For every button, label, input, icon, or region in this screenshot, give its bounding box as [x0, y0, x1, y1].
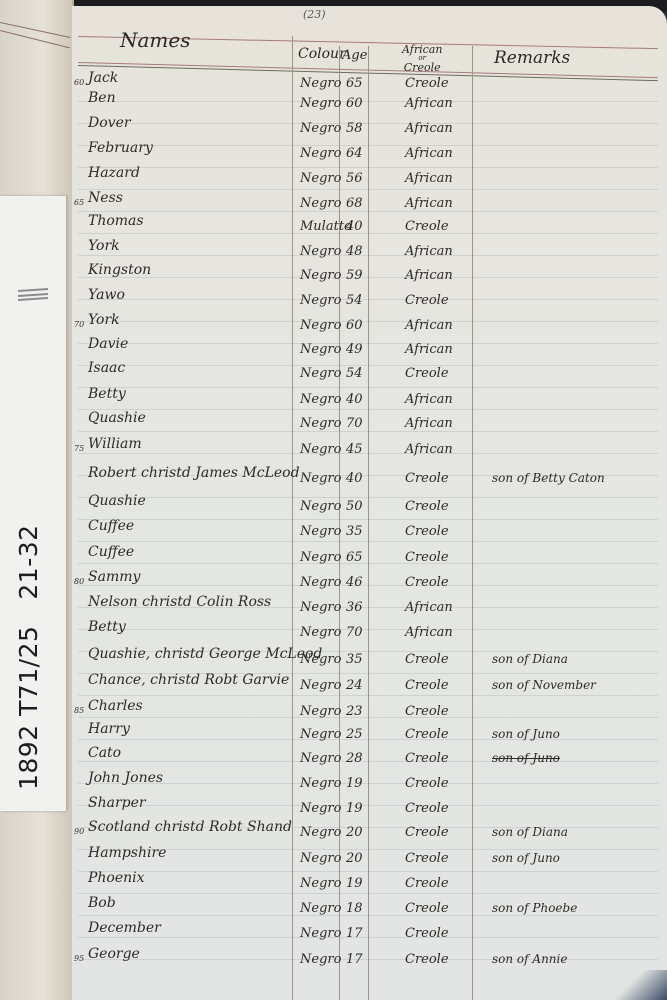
origin-cell: Creole	[405, 652, 449, 667]
age-cell: 23	[346, 704, 363, 719]
colour-cell: Negro	[300, 550, 341, 565]
name-cell: Davie	[88, 336, 128, 352]
age-cell: 19	[346, 801, 363, 816]
origin-cell: Creole	[405, 499, 449, 514]
name-cell: Ben	[88, 90, 116, 106]
name-cell: George	[88, 946, 140, 962]
table-row: HazardNegro56African	[0, 165, 667, 187]
name-cell: Betty	[88, 386, 126, 402]
table-row: John JonesNegro19Creole	[0, 770, 667, 792]
name-cell: Quashie	[88, 410, 146, 426]
name-cell: Jack	[88, 70, 118, 86]
row-number: 60	[74, 78, 84, 87]
row-number: 65	[74, 198, 84, 207]
colour-cell: Mulatto	[300, 219, 352, 234]
name-cell: December	[88, 920, 161, 936]
age-cell: 50	[346, 499, 363, 514]
colour-cell: Negro	[300, 392, 341, 407]
remark-cell: son of Annie	[492, 952, 567, 966]
name-cell: Thomas	[88, 213, 144, 229]
age-cell: 40	[346, 392, 363, 407]
page-number: (23)	[303, 8, 326, 21]
origin-cell: Creole	[405, 366, 449, 381]
table-row: KingstonNegro59African	[0, 262, 667, 284]
origin-cell: African	[405, 96, 453, 111]
colour-cell: Negro	[300, 876, 341, 891]
name-cell: Cuffee	[88, 518, 134, 534]
name-cell: John Jones	[88, 770, 163, 786]
age-cell: 70	[346, 625, 363, 640]
origin-cell: Creole	[405, 524, 449, 539]
name-cell: Ness	[88, 190, 123, 206]
colour-cell: Negro	[300, 678, 341, 693]
colour-cell: Negro	[300, 776, 341, 791]
colour-cell: Negro	[300, 727, 341, 742]
table-row: CuffeeNegro35Creole	[0, 518, 667, 540]
header-remarks: Remarks	[494, 48, 570, 68]
name-cell: Chance, christd Robt Garvie	[88, 672, 289, 688]
archive-reference-number: 1892 T71/25	[14, 626, 43, 790]
colour-cell: Negro	[300, 751, 341, 766]
table-row: 90Scotland christd Robt ShandNegro20Creo…	[0, 819, 667, 841]
age-cell: 56	[346, 171, 363, 186]
colour-cell: Negro	[300, 442, 341, 457]
row-number: 85	[74, 706, 84, 715]
row-number: 80	[74, 577, 84, 586]
age-cell: 35	[346, 652, 363, 667]
colour-cell: Negro	[300, 244, 341, 259]
age-cell: 49	[346, 342, 363, 357]
origin-cell: African	[405, 121, 453, 136]
origin-cell: Creole	[405, 952, 449, 967]
age-cell: 35	[346, 524, 363, 539]
colour-cell: Negro	[300, 293, 341, 308]
name-cell: Robert christd James McLeod	[88, 465, 300, 481]
header-age: Age	[342, 48, 367, 63]
origin-cell: Creole	[405, 751, 449, 766]
left-page-rule	[0, 22, 71, 38]
table-row: YawoNegro54Creole	[0, 287, 667, 309]
age-cell: 19	[346, 876, 363, 891]
name-cell: February	[88, 140, 153, 156]
table-row: 70YorkNegro60African	[0, 312, 667, 334]
remark-cell: son of Juno	[492, 851, 560, 865]
name-cell: Dover	[88, 115, 131, 131]
origin-cell: Creole	[405, 926, 449, 941]
name-cell: Cato	[88, 745, 121, 761]
age-cell: 25	[346, 727, 363, 742]
colour-cell: Negro	[300, 825, 341, 840]
age-cell: 36	[346, 600, 363, 615]
origin-cell: Creole	[405, 76, 449, 91]
colour-cell: Negro	[300, 499, 341, 514]
table-row: BettyNegro40African	[0, 386, 667, 408]
remark-cell: son of Diana	[492, 652, 568, 666]
remark-cell: son of Diana	[492, 825, 568, 839]
origin-cell: Creole	[405, 219, 449, 234]
tally-marks	[18, 286, 48, 306]
colour-cell: Negro	[300, 704, 341, 719]
origin-cell: African	[405, 318, 453, 333]
table-row: BenNegro60African	[0, 90, 667, 112]
table-row: Nelson christd Colin RossNegro36African	[0, 594, 667, 616]
table-row: 95GeorgeNegro17Creoleson of Annie	[0, 946, 667, 968]
left-page-rule	[0, 30, 70, 48]
age-cell: 40	[346, 471, 363, 486]
age-cell: 70	[346, 416, 363, 431]
origin-cell: Creole	[405, 293, 449, 308]
name-cell: Quashie, christd George McLeod	[88, 646, 322, 662]
origin-cell: Creole	[405, 776, 449, 791]
table-row: Robert christd James McLeodNegro40Creole…	[0, 465, 667, 487]
colour-cell: Negro	[300, 196, 341, 211]
name-cell: Charles	[88, 698, 143, 714]
colour-cell: Negro	[300, 342, 341, 357]
remark-cell: son of Betty Caton	[492, 471, 605, 485]
origin-cell: Creole	[405, 550, 449, 565]
age-cell: 17	[346, 926, 363, 941]
name-cell: Scotland christd Robt Shand	[88, 819, 292, 835]
table-row: HampshireNegro20Creoleson of Juno	[0, 845, 667, 867]
colour-cell: Negro	[300, 268, 341, 283]
origin-cell: Creole	[405, 704, 449, 719]
page-corner-shadow	[607, 970, 667, 1000]
table-row: DavieNegro49African	[0, 336, 667, 358]
age-cell: 20	[346, 851, 363, 866]
age-cell: 58	[346, 121, 363, 136]
header-colour: Colour	[298, 46, 346, 62]
remark-cell: son of November	[492, 678, 596, 692]
origin-cell: African	[405, 625, 453, 640]
table-row: Chance, christd Robt GarvieNegro24Creole…	[0, 672, 667, 694]
colour-cell: Negro	[300, 366, 341, 381]
table-row: 60JackNegro65Creole	[0, 70, 667, 92]
age-cell: 40	[346, 219, 363, 234]
origin-cell: Creole	[405, 825, 449, 840]
name-cell: Nelson christd Colin Ross	[88, 594, 271, 610]
table-row: CatoNegro28Creoleson of Juno	[0, 745, 667, 767]
origin-cell: Creole	[405, 471, 449, 486]
colour-cell: Negro	[300, 625, 341, 640]
table-row: 75WilliamNegro45African	[0, 436, 667, 458]
colour-cell: Negro	[300, 851, 341, 866]
name-cell: Sharper	[88, 795, 146, 811]
age-cell: 28	[346, 751, 363, 766]
table-row: QuashieNegro50Creole	[0, 493, 667, 515]
colour-cell: Negro	[300, 952, 341, 967]
colour-cell: Negro	[300, 96, 341, 111]
origin-cell: African	[405, 146, 453, 161]
name-cell: Sammy	[88, 569, 140, 585]
row-number: 75	[74, 444, 84, 453]
origin-cell: Creole	[405, 801, 449, 816]
name-cell: Betty	[88, 619, 126, 635]
origin-cell: Creole	[405, 851, 449, 866]
origin-cell: African	[405, 392, 453, 407]
name-cell: York	[88, 312, 120, 328]
age-cell: 65	[346, 550, 363, 565]
remark-cell: son of Juno	[492, 751, 560, 765]
name-cell: Isaac	[88, 360, 125, 376]
remark-cell: son of Phoebe	[492, 901, 577, 915]
colour-cell: Negro	[300, 121, 341, 136]
origin-cell: African	[405, 196, 453, 211]
origin-cell: African	[405, 442, 453, 457]
table-row: BettyNegro70African	[0, 619, 667, 641]
name-cell: Cuffee	[88, 544, 134, 560]
name-cell: Phoenix	[88, 870, 145, 886]
table-row: 85CharlesNegro23Creole	[0, 698, 667, 720]
table-row: DoverNegro58African	[0, 115, 667, 137]
colour-cell: Negro	[300, 801, 341, 816]
name-cell: Quashie	[88, 493, 146, 509]
table-row: 65NessNegro68African	[0, 190, 667, 212]
origin-cell: African	[405, 600, 453, 615]
name-cell: Kingston	[88, 262, 151, 278]
name-cell: William	[88, 436, 142, 452]
age-cell: 45	[346, 442, 363, 457]
row-number: 70	[74, 320, 84, 329]
origin-cell: African	[405, 416, 453, 431]
table-row: YorkNegro48African	[0, 238, 667, 260]
origin-cell: African	[405, 342, 453, 357]
origin-cell: Creole	[405, 727, 449, 742]
origin-cell: Creole	[405, 575, 449, 590]
age-cell: 17	[346, 952, 363, 967]
origin-cell: Creole	[405, 901, 449, 916]
colour-cell: Negro	[300, 600, 341, 615]
age-cell: 18	[346, 901, 363, 916]
colour-cell: Negro	[300, 171, 341, 186]
name-cell: Yawo	[88, 287, 125, 303]
origin-cell: African	[405, 171, 453, 186]
origin-cell: Creole	[405, 678, 449, 693]
colour-cell: Negro	[300, 76, 341, 91]
table-row: Quashie, christd George McLeodNegro35Cre…	[0, 646, 667, 668]
archive-folio-range: 21-32	[14, 524, 43, 599]
name-cell: York	[88, 238, 120, 254]
table-row: BobNegro18Creoleson of Phoebe	[0, 895, 667, 917]
origin-cell: Creole	[405, 876, 449, 891]
colour-cell: Negro	[300, 471, 341, 486]
age-cell: 19	[346, 776, 363, 791]
colour-cell: Negro	[300, 416, 341, 431]
table-row: DecemberNegro17Creole	[0, 920, 667, 942]
age-cell: 20	[346, 825, 363, 840]
colour-cell: Negro	[300, 575, 341, 590]
age-cell: 60	[346, 96, 363, 111]
colour-cell: Negro	[300, 146, 341, 161]
table-row: IsaacNegro54Creole	[0, 360, 667, 382]
name-cell: Harry	[88, 721, 130, 737]
age-cell: 54	[346, 293, 363, 308]
header-origin: African or Creole	[402, 44, 442, 73]
table-row: PhoenixNegro19Creole	[0, 870, 667, 892]
name-cell: Hampshire	[88, 845, 166, 861]
table-row: HarryNegro25Creoleson of Juno	[0, 721, 667, 743]
table-row: ThomasMulatto40Creole	[0, 213, 667, 235]
colour-cell: Negro	[300, 524, 341, 539]
remark-cell: son of Juno	[492, 727, 560, 741]
age-cell: 48	[346, 244, 363, 259]
table-row: QuashieNegro70African	[0, 410, 667, 432]
colour-cell: Negro	[300, 926, 341, 941]
age-cell: 59	[346, 268, 363, 283]
name-cell: Hazard	[88, 165, 140, 181]
colour-cell: Negro	[300, 901, 341, 916]
archive-reference: 1892 T71/2521-32	[14, 498, 43, 790]
table-row: CuffeeNegro65Creole	[0, 544, 667, 566]
age-cell: 65	[346, 76, 363, 91]
header-names: Names	[120, 28, 191, 52]
name-cell: Bob	[88, 895, 116, 911]
table-row: SharperNegro19Creole	[0, 795, 667, 817]
row-number: 90	[74, 827, 84, 836]
age-cell: 60	[346, 318, 363, 333]
colour-cell: Negro	[300, 318, 341, 333]
origin-cell: African	[405, 268, 453, 283]
age-cell: 46	[346, 575, 363, 590]
age-cell: 24	[346, 678, 363, 693]
row-number: 95	[74, 954, 84, 963]
origin-cell: African	[405, 244, 453, 259]
age-cell: 64	[346, 146, 363, 161]
table-row: FebruaryNegro64African	[0, 140, 667, 162]
age-cell: 54	[346, 366, 363, 381]
age-cell: 68	[346, 196, 363, 211]
table-row: 80SammyNegro46Creole	[0, 569, 667, 591]
colour-cell: Negro	[300, 652, 341, 667]
